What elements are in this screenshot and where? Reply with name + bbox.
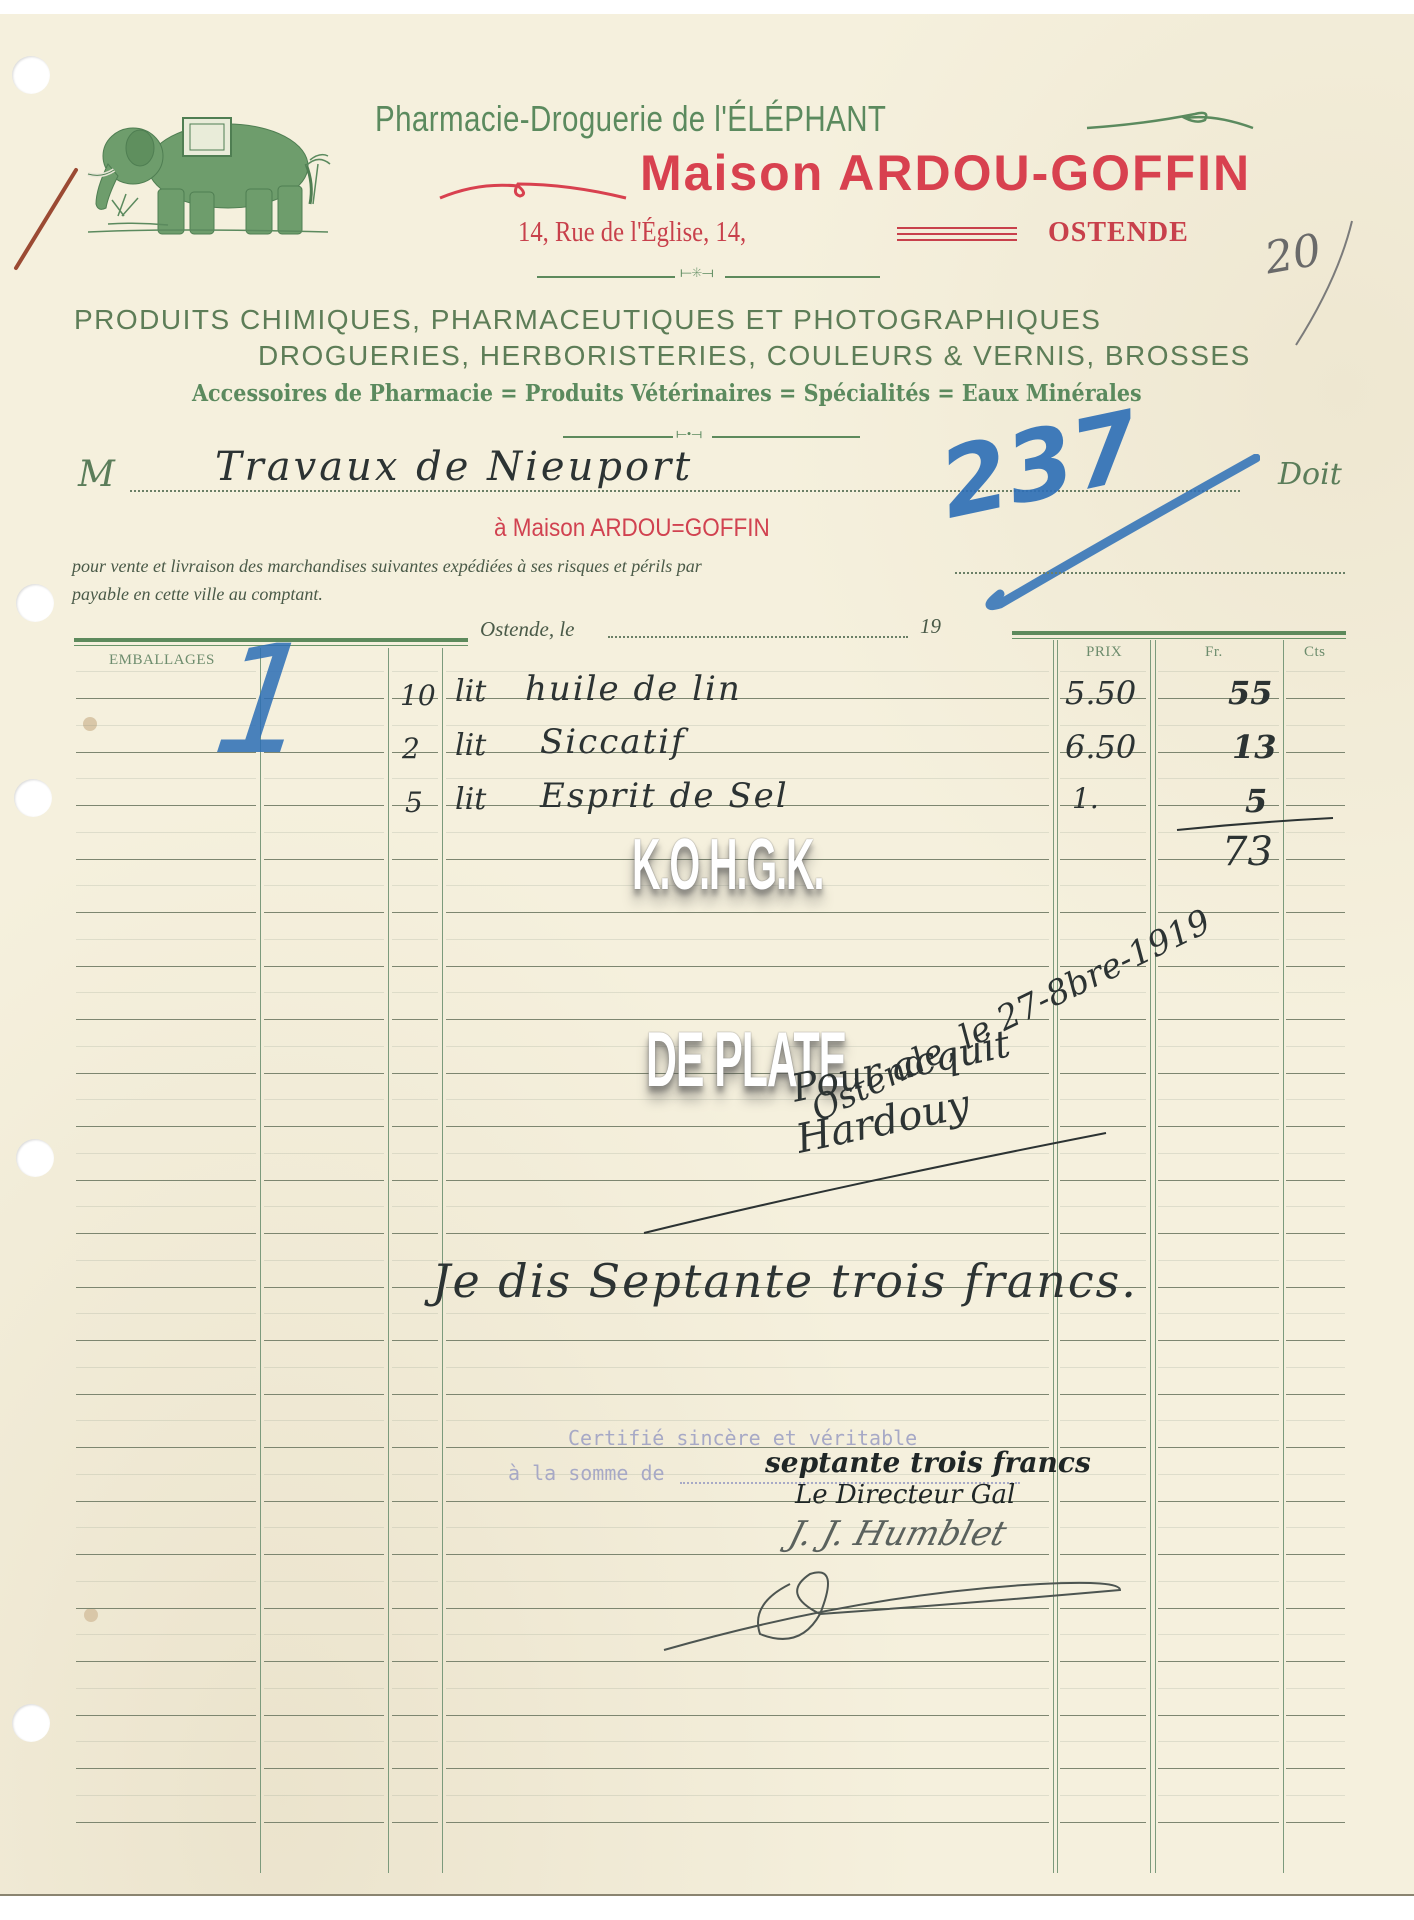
row-rule [76, 1073, 256, 1074]
row-guide [1286, 885, 1345, 886]
row-guide [1060, 671, 1146, 672]
row-guide [1286, 1795, 1345, 1796]
row-guide [76, 832, 256, 833]
divider-ornament: ⟝•⟞ [676, 426, 702, 442]
row-guide [76, 1313, 256, 1314]
row-guide [392, 1206, 438, 1207]
row-guide [446, 992, 1049, 993]
column-divider [1155, 640, 1156, 1873]
signature-flourish [660, 1554, 1200, 1654]
row-rule [76, 1340, 256, 1341]
row-rule [1158, 1019, 1279, 1020]
row-rule [264, 1340, 384, 1341]
row-guide [1286, 1099, 1345, 1100]
row-rule [1286, 1180, 1345, 1181]
row-guide [446, 1688, 1049, 1689]
row-rule [392, 1554, 438, 1555]
addressee-prefix: M [78, 454, 115, 495]
row-guide [1060, 1313, 1146, 1314]
row-rule [392, 1715, 438, 1716]
blue-crayon-stroke [970, 454, 1260, 614]
row-rule [1158, 1661, 1279, 1662]
row-rule [264, 1501, 384, 1502]
company-name: Maison ARDOU-GOFFIN [640, 144, 1251, 202]
row-rule [1286, 1340, 1345, 1341]
row-rule [1286, 1608, 1345, 1609]
column-header-cts: Cts [1304, 644, 1326, 661]
row-rule [76, 1233, 256, 1234]
row-rule [1158, 1073, 1279, 1074]
row-rule [264, 1180, 384, 1181]
row-rule [446, 1661, 1049, 1662]
decorative-rule [897, 239, 1017, 241]
row-rule [446, 1340, 1049, 1341]
company-address: 14, Rue de l'Église, 14, [518, 217, 746, 249]
row-rule [1060, 1501, 1146, 1502]
row-guide [392, 778, 438, 779]
divider [537, 276, 675, 278]
row-rule [264, 805, 384, 806]
row-rule [1158, 1126, 1279, 1127]
row-guide [1158, 1795, 1279, 1796]
row-guide [1158, 1527, 1279, 1528]
row-guide [1060, 1046, 1146, 1047]
row-1-unit: lit [455, 674, 486, 709]
row-rule [1286, 966, 1345, 967]
row-rule [446, 1394, 1049, 1395]
row-rule [1286, 1661, 1345, 1662]
row-guide [76, 1206, 256, 1207]
row-guide [1286, 1260, 1345, 1261]
payee-line: à Maison ARDOU=GOFFIN [494, 514, 770, 543]
row-rule [264, 1822, 384, 1823]
binder-hole [16, 584, 54, 622]
row-guide [1158, 1367, 1279, 1368]
row-guide [264, 885, 384, 886]
flourish-ornament [438, 172, 628, 202]
shipping-via-field[interactable] [955, 572, 1345, 574]
row-guide [392, 1741, 438, 1742]
row-guide [392, 992, 438, 993]
column-divider [260, 648, 261, 1873]
row-rule [76, 966, 256, 967]
row-2-qty: 2 [402, 732, 420, 765]
row-rule [76, 1287, 256, 1288]
row-rule [392, 1768, 438, 1769]
row-guide [76, 1688, 256, 1689]
row-guide [392, 1420, 438, 1421]
row-rule [446, 752, 1049, 753]
row-guide [1060, 1741, 1146, 1742]
row-guide [1060, 1420, 1146, 1421]
row-3-description: Esprit de Sel [540, 776, 789, 816]
row-guide [1286, 1206, 1345, 1207]
terms-line-2: payable en cette ville au comptant. [72, 584, 323, 605]
row-guide [446, 1313, 1049, 1314]
row-rule [446, 912, 1049, 913]
row-3-prix: 1. [1072, 782, 1099, 815]
row-guide [392, 1099, 438, 1100]
row-rule [1158, 1287, 1279, 1288]
row-guide [1286, 1688, 1345, 1689]
binder-hole [16, 1139, 54, 1177]
row-guide [1158, 1474, 1279, 1475]
row-rule [76, 1180, 256, 1181]
column-divider [1150, 640, 1151, 1873]
row-guide [1158, 1313, 1279, 1314]
row-guide [1286, 725, 1345, 726]
row-guide [264, 1688, 384, 1689]
row-guide [392, 832, 438, 833]
row-guide [1286, 1634, 1345, 1635]
row-rule [1158, 1715, 1279, 1716]
amount-in-words: Je dis Septante trois francs. [432, 1254, 1138, 1308]
row-rule [392, 859, 438, 860]
date-label: Ostende, le [480, 617, 574, 642]
row-rule [264, 1126, 384, 1127]
row-guide [446, 939, 1049, 940]
row-guide [1286, 1420, 1345, 1421]
row-rule [76, 1661, 256, 1662]
row-guide [76, 1367, 256, 1368]
row-guide [1158, 778, 1279, 779]
row-rule [1060, 859, 1146, 860]
row-guide [264, 832, 384, 833]
row-rule [1286, 1554, 1345, 1555]
column-divider [388, 648, 389, 1873]
row-guide [1060, 1795, 1146, 1796]
row-rule [392, 1661, 438, 1662]
column-header-prix: PRIX [1086, 644, 1122, 661]
row-guide [1060, 1527, 1146, 1528]
watermark-line-1: K.O.H.G.K. [632, 824, 823, 906]
row-guide [264, 1153, 384, 1154]
row-guide [76, 1795, 256, 1796]
row-rule [264, 1554, 384, 1555]
row-guide [1286, 992, 1345, 993]
table-top-rule-thin [1012, 638, 1346, 639]
row-guide [76, 939, 256, 940]
terms-line-1: pour vente et livraison des marchandises… [72, 556, 702, 577]
row-rule [1286, 1073, 1345, 1074]
row-rule [76, 805, 256, 806]
binder-hole [12, 1704, 50, 1742]
row-1-prix: 5.50 [1065, 674, 1136, 712]
row-rule [76, 1394, 256, 1395]
row-rule [1158, 1768, 1279, 1769]
row-guide [392, 1581, 438, 1582]
row-rule [264, 1394, 384, 1395]
row-rule [1286, 1715, 1345, 1716]
row-rule [446, 1715, 1049, 1716]
row-rule [1286, 1394, 1345, 1395]
row-guide [392, 1634, 438, 1635]
row-guide [446, 1367, 1049, 1368]
invoice-paper: Pharmacie-Droguerie de l'ÉLÉPHANT Maison… [0, 14, 1414, 1896]
row-rule [76, 1019, 256, 1020]
row-guide [1158, 885, 1279, 886]
row-guide [264, 1795, 384, 1796]
row-guide [1286, 1527, 1345, 1528]
column-header-fr: Fr. [1205, 644, 1223, 661]
row-guide [1286, 1474, 1345, 1475]
row-rule [264, 1073, 384, 1074]
row-rule [446, 1768, 1049, 1769]
row-guide [76, 992, 256, 993]
row-rule [264, 1768, 384, 1769]
row-rule [1060, 1126, 1146, 1127]
date-year-prefix: 19 [920, 614, 941, 639]
certification-amount: septante trois francs [765, 1446, 1091, 1479]
pencil-stroke [1290, 219, 1360, 349]
row-guide [392, 1313, 438, 1314]
row-guide [264, 1046, 384, 1047]
row-guide [1286, 1741, 1345, 1742]
row-guide [446, 725, 1049, 726]
row-guide [392, 725, 438, 726]
row-rule [1060, 1394, 1146, 1395]
letterhead-title: Pharmacie-Droguerie de l'ÉLÉPHANT [375, 98, 886, 140]
row-rule [1158, 1447, 1279, 1448]
divider [725, 276, 880, 278]
row-rule [1286, 1019, 1345, 1020]
row-guide [392, 1688, 438, 1689]
row-guide [264, 1741, 384, 1742]
row-guide [264, 1367, 384, 1368]
row-guide [1286, 1313, 1345, 1314]
total-fr: 73 [1222, 829, 1273, 875]
row-guide [76, 1153, 256, 1154]
row-rule [1060, 1768, 1146, 1769]
row-rule [1060, 1340, 1146, 1341]
row-rule [1286, 1287, 1345, 1288]
red-pencil-mark [10, 164, 80, 274]
row-rule [264, 1287, 384, 1288]
row-guide [392, 1795, 438, 1796]
row-guide [392, 671, 438, 672]
row-guide [76, 1474, 256, 1475]
row-rule [392, 1608, 438, 1609]
row-guide [1286, 778, 1345, 779]
row-rule [446, 966, 1049, 967]
row-rule [1158, 1822, 1279, 1823]
divider [712, 436, 860, 438]
row-rule [76, 1822, 256, 1823]
row-2-fr: 13 [1232, 728, 1277, 766]
row-guide [1286, 1046, 1345, 1047]
row-guide [446, 1420, 1049, 1421]
row-guide [1060, 1688, 1146, 1689]
column-header-emballages: EMBALLAGES [109, 652, 215, 669]
row-guide [76, 1634, 256, 1635]
row-guide [446, 1795, 1049, 1796]
table-top-rule [1012, 631, 1346, 635]
row-rule [1060, 1715, 1146, 1716]
row-rule [392, 1340, 438, 1341]
row-rule [76, 1715, 256, 1716]
date-field[interactable] [608, 636, 908, 638]
row-guide [264, 1634, 384, 1635]
row-rule [264, 966, 384, 967]
row-guide [392, 939, 438, 940]
row-guide [392, 1153, 438, 1154]
row-guide [1158, 1206, 1279, 1207]
row-rule [264, 1715, 384, 1716]
row-guide [392, 1367, 438, 1368]
row-guide [1158, 992, 1279, 993]
row-2-description: Siccatif [540, 722, 686, 762]
binder-hole [12, 56, 50, 94]
row-rule [1286, 1768, 1345, 1769]
row-guide [264, 1206, 384, 1207]
row-rule [1286, 698, 1345, 699]
row-guide [1286, 1581, 1345, 1582]
row-1-description: huile de lin [525, 669, 742, 709]
binder-hole [14, 779, 52, 817]
row-rule [1286, 1447, 1345, 1448]
doit-label: Doit [1278, 457, 1342, 492]
row-rule [264, 1019, 384, 1020]
row-guide [76, 1581, 256, 1582]
row-guide [264, 992, 384, 993]
row-guide [76, 1420, 256, 1421]
row-guide [392, 1046, 438, 1047]
decorative-rule [897, 227, 1017, 229]
row-rule [264, 1608, 384, 1609]
paper-stain [84, 1608, 98, 1622]
row-rule [1286, 1126, 1345, 1127]
row-rule [76, 1768, 256, 1769]
row-guide [264, 1581, 384, 1582]
row-guide [1158, 725, 1279, 726]
row-rule [1060, 1822, 1146, 1823]
row-rule [392, 1019, 438, 1020]
row-rule [392, 1447, 438, 1448]
row-rule [76, 1447, 256, 1448]
decorative-rule [897, 233, 1017, 235]
row-rule [76, 1126, 256, 1127]
row-rule [392, 1180, 438, 1181]
row-rule [1158, 1233, 1279, 1234]
row-guide [76, 1741, 256, 1742]
signature: J. J. Humblet [785, 1514, 1011, 1554]
row-rule [1060, 1073, 1146, 1074]
row-rule [446, 1822, 1049, 1823]
row-rule [392, 1822, 438, 1823]
row-1-fr: 55 [1228, 674, 1273, 712]
row-rule [1286, 1233, 1345, 1234]
row-guide [264, 1527, 384, 1528]
row-guide [264, 939, 384, 940]
row-guide [76, 1046, 256, 1047]
flourish-ornament [1085, 106, 1255, 136]
director-title: Le Directeur Gal [795, 1480, 1015, 1510]
row-rule [1060, 912, 1146, 913]
row-guide [1158, 1099, 1279, 1100]
row-rule [392, 966, 438, 967]
row-rule [1060, 1019, 1146, 1020]
row-rule [1158, 1394, 1279, 1395]
row-rule [392, 1501, 438, 1502]
row-guide [392, 885, 438, 886]
row-rule [1286, 752, 1345, 753]
row-2-unit: lit [455, 728, 486, 763]
row-guide [76, 885, 256, 886]
row-3-unit: lit [455, 782, 486, 817]
row-rule [1158, 1180, 1279, 1181]
row-rule [392, 1073, 438, 1074]
row-rule [392, 912, 438, 913]
row-rule [76, 1554, 256, 1555]
elephant-icon [78, 104, 338, 244]
row-guide [1060, 778, 1146, 779]
row-guide [1158, 1420, 1279, 1421]
row-guide [264, 1420, 384, 1421]
row-rule [1158, 1340, 1279, 1341]
row-rule [1286, 805, 1345, 806]
row-rule [1158, 1501, 1279, 1502]
row-guide [1060, 1099, 1146, 1100]
products-line-2: DROGUERIES, HERBORISTERIES, COULEURS & V… [258, 340, 1251, 372]
row-guide [1286, 939, 1345, 940]
row-rule [392, 1233, 438, 1234]
row-guide [76, 1260, 256, 1261]
row-guide [392, 1527, 438, 1528]
specialties-line: Accessoires de Pharmacie = Produits Vété… [192, 380, 1142, 407]
row-guide [1060, 832, 1146, 833]
row-rule [1286, 912, 1345, 913]
row-rule [264, 859, 384, 860]
row-guide [76, 1527, 256, 1528]
row-rule [76, 912, 256, 913]
divider-ornament: ⟝✳⟞ [680, 266, 714, 282]
row-guide [1286, 671, 1345, 672]
row-guide [1060, 885, 1146, 886]
row-rule [1060, 1661, 1146, 1662]
row-guide [1158, 1688, 1279, 1689]
row-rule [392, 1394, 438, 1395]
row-guide [264, 1474, 384, 1475]
row-1-qty: 10 [400, 679, 436, 712]
row-rule [76, 1501, 256, 1502]
row-guide [1158, 1046, 1279, 1047]
receipt-underline [640, 1129, 1110, 1239]
row-guide [392, 1474, 438, 1475]
row-guide [1158, 1260, 1279, 1261]
row-rule [76, 1608, 256, 1609]
row-rule [264, 1233, 384, 1234]
row-rule [264, 1447, 384, 1448]
row-rule [264, 912, 384, 913]
row-guide [264, 1099, 384, 1100]
row-guide [76, 1099, 256, 1100]
row-rule [1286, 859, 1345, 860]
certification-line-2: à la somme de [508, 1461, 665, 1485]
row-guide [446, 1741, 1049, 1742]
addressee-name[interactable]: Travaux de Nieuport [215, 444, 693, 490]
row-guide [1286, 1153, 1345, 1154]
row-guide [1158, 671, 1279, 672]
company-city: OSTENDE [1048, 217, 1189, 249]
row-guide [1060, 725, 1146, 726]
row-3-qty: 5 [405, 786, 423, 819]
row-rule [264, 1661, 384, 1662]
row-2-prix: 6.50 [1065, 728, 1136, 766]
divider [563, 436, 673, 438]
row-rule [1158, 966, 1279, 967]
row-rule [392, 1126, 438, 1127]
row-guide [264, 1313, 384, 1314]
